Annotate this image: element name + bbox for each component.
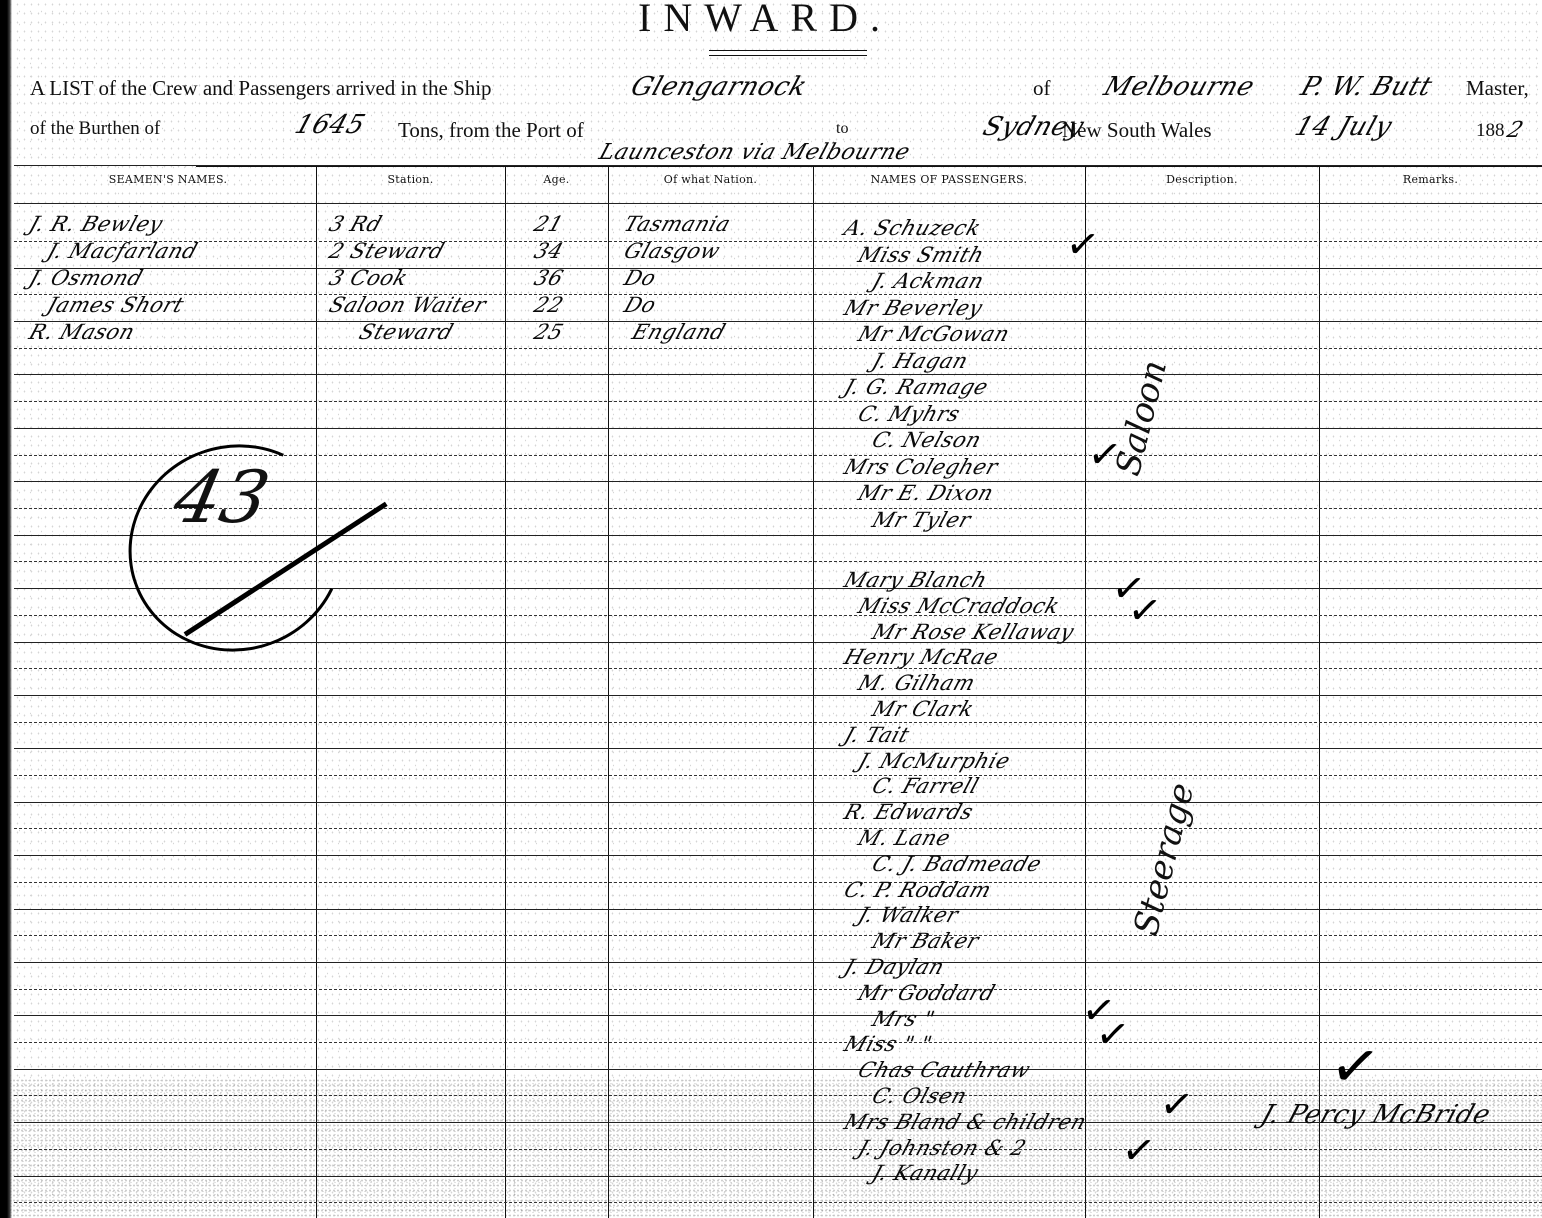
- check-mark-icon: ✓: [1125, 586, 1165, 636]
- row-rule: [14, 695, 1542, 696]
- passenger-name: J. Walker: [855, 903, 962, 927]
- seaman-station: Steward: [356, 320, 457, 344]
- remarks-signature: J. Percy McBride: [1257, 1100, 1494, 1130]
- passenger-name: J. Ackman: [869, 269, 987, 293]
- row-rule: [14, 1095, 1542, 1096]
- row-rule: [14, 1176, 1542, 1177]
- row-rule: [14, 962, 1542, 963]
- column-rule: [316, 165, 317, 1218]
- seaman-station: 3 Rd: [326, 212, 385, 236]
- seaman-nation: Do: [621, 293, 659, 317]
- row-rule: [14, 775, 1542, 776]
- passenger-name: C. J. Badmeade: [869, 852, 1045, 876]
- seaman-name: J. Osmond: [26, 266, 146, 290]
- seaman-name: James Short: [44, 293, 187, 317]
- row-rule: [14, 668, 1542, 669]
- seaman-name: J. Macfarland: [44, 239, 201, 263]
- column-rule: [1319, 165, 1320, 1218]
- passenger-name: A. Schuzeck: [841, 216, 984, 240]
- row-rule: [14, 828, 1542, 829]
- header-age: Age.: [505, 173, 608, 186]
- passenger-name: Mr McGowan: [855, 322, 1013, 346]
- seaman-name: J. R. Bewley: [26, 212, 166, 236]
- seaman-station: 3 Cook: [326, 266, 411, 290]
- row-rule: [14, 909, 1542, 910]
- seaman-nation: Tasmania: [621, 212, 734, 236]
- passenger-name: Mr Rose Kellaway: [869, 620, 1077, 644]
- passenger-name: C. P. Roddam: [841, 878, 994, 902]
- passenger-name: Mrs Colegher: [841, 455, 1001, 479]
- description-group-steerage: Steerage: [1126, 779, 1202, 940]
- passenger-name: J. G. Ramage: [841, 375, 991, 399]
- passenger-name: J. Hagan: [869, 349, 971, 373]
- passenger-name: C. Farrell: [869, 774, 982, 798]
- column-rule: [505, 165, 506, 1218]
- line1-prefix: A LIST of the Crew and Passengers arrive…: [30, 76, 492, 101]
- passenger-name: C. Nelson: [869, 428, 984, 452]
- column-rule: [813, 165, 814, 1218]
- passenger-name: Mrs Bland & children: [841, 1110, 1090, 1134]
- check-mark-icon: ✓: [1157, 1080, 1197, 1130]
- passenger-name: J. Johnston & 2: [855, 1136, 1029, 1160]
- arrival-date: 14 July: [1291, 112, 1396, 142]
- passenger-name: J. McMurphie: [855, 749, 1013, 773]
- circled-number: 43: [167, 455, 276, 539]
- tons-value: 1645: [291, 110, 369, 140]
- ship-name: Glengarnock: [627, 72, 811, 102]
- passenger-name: R. Edwards: [841, 800, 977, 824]
- row-rule: [14, 1015, 1542, 1016]
- row-rule: [14, 1069, 1542, 1070]
- passenger-name: M. Lane: [855, 826, 954, 850]
- row-rule: [14, 241, 1542, 242]
- master-label: Master,: [1466, 76, 1529, 101]
- row-rule: [14, 935, 1542, 936]
- row-rule: [14, 722, 1542, 723]
- column-rule: [608, 165, 609, 1218]
- row-rule: [14, 294, 1542, 295]
- row-rule: [14, 989, 1542, 990]
- check-mark-icon: ✓: [1085, 430, 1125, 480]
- seaman-station: 2 Steward: [326, 239, 448, 263]
- row-rule: [14, 348, 1542, 349]
- row-rule: [14, 321, 1542, 322]
- header-station: Station.: [316, 173, 505, 186]
- row-rule: [14, 855, 1542, 856]
- header-passenger-names: NAMES OF PASSENGERS.: [813, 173, 1085, 186]
- of-label: of: [1033, 76, 1051, 101]
- seaman-age: 36: [531, 266, 567, 290]
- passenger-name: C. Olsen: [869, 1084, 970, 1108]
- passenger-name: Miss McCraddock: [855, 594, 1063, 618]
- header-seamen-names: SEAMEN'S NAMES.: [20, 173, 316, 186]
- seaman-nation: England: [629, 320, 729, 344]
- passenger-name: Mrs ": [869, 1007, 938, 1031]
- passenger-name: J. Kanally: [869, 1161, 982, 1185]
- header-description: Description.: [1085, 173, 1319, 186]
- seaman-age: 22: [531, 293, 567, 317]
- seaman-nation: Glasgow: [621, 239, 723, 263]
- passenger-name: C. Myhrs: [855, 402, 963, 426]
- check-mark-icon: ✓: [1119, 1126, 1159, 1176]
- row-rule: [14, 428, 1542, 429]
- seaman-nation: Do: [621, 266, 659, 290]
- seaman-name: R. Mason: [26, 320, 138, 344]
- check-mark-icon: ✓: [1063, 220, 1103, 270]
- passenger-name: Miss Smith: [855, 243, 987, 267]
- to-label: to: [836, 120, 848, 138]
- passenger-name: Mr Clark: [869, 697, 977, 721]
- ship-port: Melbourne: [1100, 72, 1258, 102]
- row-rule: [14, 1149, 1542, 1150]
- row-rule: [14, 374, 1542, 375]
- passenger-name: Mr Baker: [869, 929, 982, 953]
- seaman-age: 21: [531, 212, 567, 236]
- row-rule: [14, 882, 1542, 883]
- row-rule: [14, 802, 1542, 803]
- from-port: Launceston via Melbourne: [596, 140, 913, 165]
- passenger-name: Henry McRae: [841, 645, 1002, 669]
- column-rule: [1085, 165, 1086, 1218]
- passenger-name: Miss " ": [841, 1032, 935, 1056]
- row-rule: [14, 401, 1542, 402]
- title-underline: [709, 50, 867, 56]
- passenger-name: Mr Goddard: [855, 981, 998, 1005]
- row-rule: [14, 748, 1542, 749]
- row-rule: [14, 203, 1542, 204]
- passenger-name: Mary Blanch: [841, 568, 990, 592]
- header-remarks: Remarks.: [1319, 173, 1542, 186]
- burthen-label: of the Burthen of: [30, 118, 160, 140]
- check-mark-icon: ✓: [1093, 1010, 1133, 1060]
- seaman-age: 34: [531, 239, 567, 263]
- master-name: P. W. Butt: [1297, 72, 1436, 102]
- page-binding-edge: [0, 0, 12, 1218]
- seaman-age: 25: [531, 320, 567, 344]
- row-rule: [14, 1202, 1542, 1203]
- check-mark-icon: ✓: [1325, 1029, 1385, 1105]
- form-title: INWARD.: [638, 0, 892, 41]
- year-suffix: 2: [1504, 118, 1527, 143]
- passenger-name: Mr Tyler: [869, 508, 974, 532]
- passenger-name: Mr E. Dixon: [855, 481, 997, 505]
- header-nation: Of what Nation.: [608, 173, 813, 186]
- scan-noise-bottom: [0, 1078, 1542, 1218]
- destination-suffix: New South Wales: [1062, 118, 1212, 143]
- tons-label: Tons, from the Port of: [398, 118, 584, 143]
- row-rule: [14, 1042, 1542, 1043]
- passenger-name: Mr Beverley: [841, 296, 986, 320]
- passenger-name: J. Daylan: [841, 955, 947, 979]
- year-prefix: 188: [1476, 120, 1505, 142]
- row-rule: [14, 268, 1542, 269]
- passenger-name: Chas Cauthraw: [855, 1058, 1033, 1082]
- seaman-station: Saloon Waiter: [326, 293, 489, 317]
- passenger-name: J. Tait: [841, 723, 913, 747]
- header-rule: [196, 165, 1542, 167]
- passenger-name: M. Gilham: [855, 671, 978, 695]
